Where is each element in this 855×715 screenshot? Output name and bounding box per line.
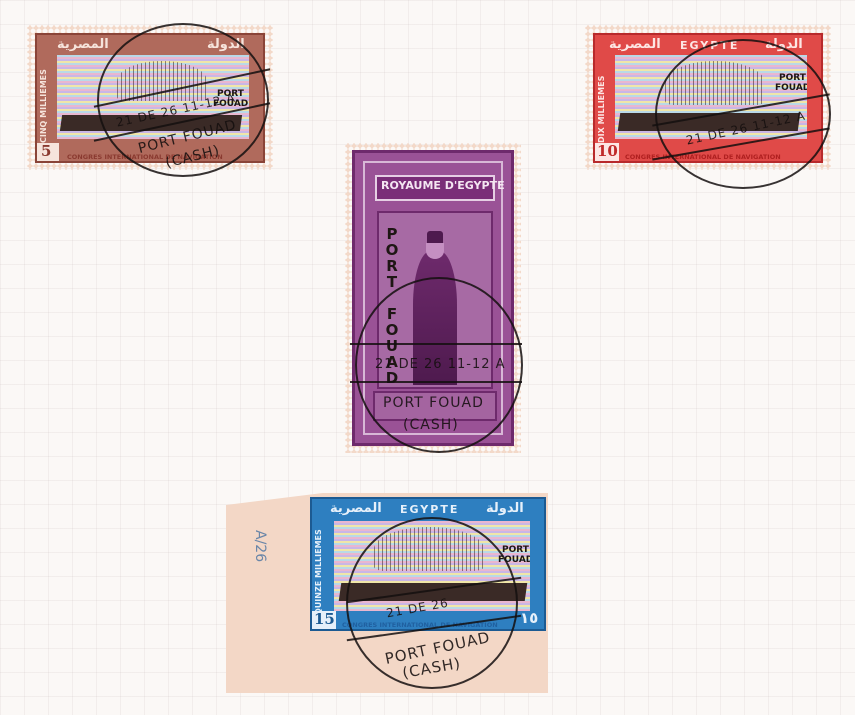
arabic-right-label: الدولة [486, 501, 524, 516]
denomination-words: DIX MILLIEMES [597, 59, 606, 143]
denomination-words: QUINZE MILLIEMES [314, 525, 323, 615]
overprint-fouad: FOUAD [498, 555, 530, 565]
postmark-place: PORT FOUAD [383, 395, 484, 411]
postmark-bar [350, 343, 522, 345]
stamp-15-milliemes[interactable]: المصرية EGYPTE الدولة QUINZE MILLIEMES P… [306, 493, 548, 638]
stamp-king-fuad[interactable]: ROYAUME D'EGYPTE PORT FOUAD 21 DE 26 11-… [345, 143, 521, 453]
overprint-port: PORT [502, 545, 529, 555]
denomination-value: 5 [41, 142, 51, 160]
postmark-date: 21 DE 26 11-12 A [375, 357, 506, 372]
congress-text: CONGRES INTERNATIONAL DE NAVIGATION [625, 153, 781, 161]
overprint-fouad: FOUAD [775, 83, 807, 93]
stamp-5-milliemes[interactable]: المصرية الدولة CINQ MILLIEMES PORT FOUAD… [27, 25, 273, 170]
overprint-port: PORT [779, 73, 806, 83]
country-label: EGYPTE [680, 39, 739, 52]
postmark-bar [350, 381, 522, 383]
arabic-right-label: الدولة [765, 37, 803, 52]
sail-icon [117, 61, 207, 101]
arabic-right-label: الدولة [207, 37, 245, 52]
stamp-10-milliemes[interactable]: المصرية EGYPTE الدولة DIX MILLIEMES PORT… [585, 25, 831, 170]
sail-icon [665, 61, 765, 105]
denomination-arabic: ١٥ [520, 609, 538, 627]
face [426, 243, 444, 259]
denomination-words: CINQ MILLIEMES [39, 59, 48, 143]
denomination-value: 10 [597, 142, 618, 160]
arabic-left-label: المصرية [609, 37, 661, 52]
denomination-value: 15 [314, 610, 335, 628]
postmark-type: (CASH) [403, 417, 459, 433]
header-text: ROYAUME D'EGYPTE [381, 179, 505, 192]
sail-icon [374, 527, 484, 571]
margin-control-number: A/26 [252, 530, 268, 562]
arabic-left-label: المصرية [330, 501, 382, 516]
country-label: EGYPTE [400, 503, 459, 516]
arabic-left-label: المصرية [57, 37, 109, 52]
